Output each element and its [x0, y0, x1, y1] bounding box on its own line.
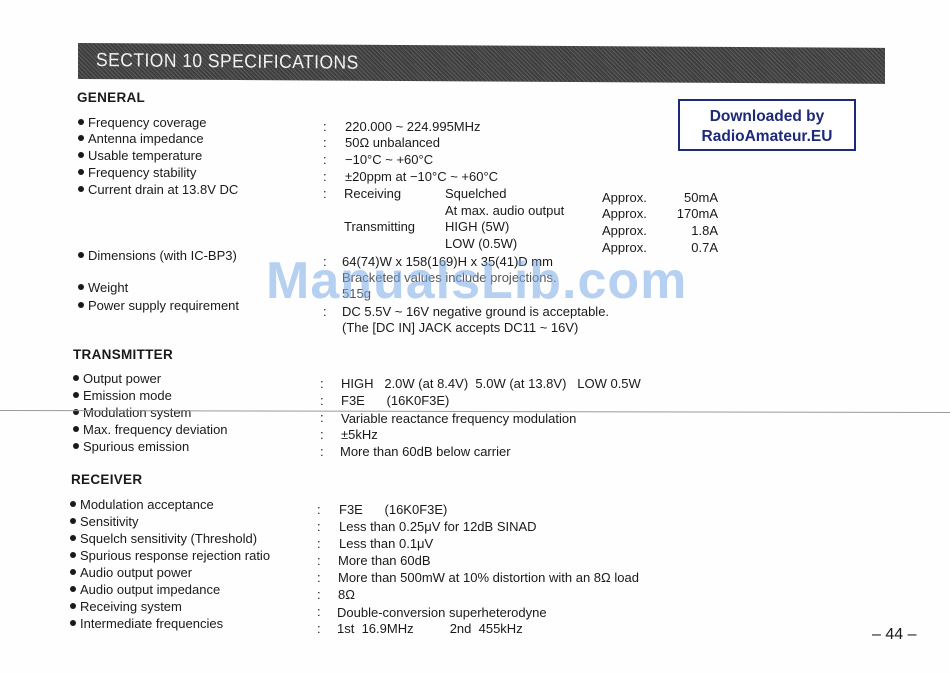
colon: : — [323, 119, 327, 134]
page-number: – 44 – — [872, 626, 916, 644]
spec-label: Usable temperature — [78, 148, 202, 163]
spec-value: 220.000 ~ 224.995MHz — [345, 119, 481, 134]
bullet-icon — [78, 152, 84, 158]
current-value: 50mA — [684, 190, 718, 205]
spec-label: Spurious response rejection ratio — [70, 548, 270, 563]
spec-label: Output power — [73, 371, 161, 386]
spec-value: F3E (16K0F3E) — [341, 393, 449, 408]
current-drain-transmitting: Transmitting — [344, 219, 415, 234]
colon: : — [320, 376, 324, 391]
approx-label: Approx. — [602, 240, 647, 255]
spec-label: Sensitivity — [70, 514, 139, 529]
spec-label: Intermediate frequencies — [70, 616, 223, 631]
spec-label: Audio output impedance — [70, 582, 220, 597]
power-note: (The [DC IN] JACK accepts DC11 ~ 16V) — [342, 320, 578, 335]
approx-label: Approx. — [602, 223, 647, 238]
colon: : — [317, 621, 321, 636]
spec-value: 515g — [342, 286, 371, 301]
colon: : — [323, 135, 327, 150]
current-drain-condition: LOW (0.5W) — [445, 236, 517, 251]
bullet-icon — [73, 392, 79, 398]
spec-label: Frequency stability — [78, 165, 196, 180]
current-drain-condition: At max. audio output — [445, 203, 564, 218]
stamp-line-1: Downloaded by — [680, 107, 854, 127]
bullet-icon — [78, 284, 84, 290]
spec-label: Max. frequency deviation — [73, 422, 228, 437]
spec-value: 64(74)W x 158(169)H x 35(41)D mm — [342, 254, 553, 269]
general-heading: GENERAL — [77, 90, 145, 105]
bullet-icon — [78, 169, 84, 175]
approx-label: Approx. — [602, 190, 647, 205]
bullet-icon — [70, 501, 76, 507]
bullet-icon — [78, 252, 84, 258]
manual-page: SECTION 10 SPECIFICATIONS Downloaded by … — [0, 0, 950, 674]
spec-label: Audio output power — [70, 565, 192, 580]
current-value: 0.7A — [691, 240, 718, 255]
spec-value: Double-conversion superheterodyne — [337, 605, 547, 620]
colon: : — [317, 519, 321, 534]
bullet-icon — [78, 119, 84, 125]
bullet-icon — [73, 443, 79, 449]
spec-value: Less than 0.1μV — [339, 536, 433, 551]
spec-label: Receiving system — [70, 599, 182, 614]
spec-value: 50Ω unbalanced — [345, 135, 440, 150]
bullet-icon — [70, 586, 76, 592]
spec-value: F3E (16K0F3E) — [339, 502, 447, 517]
spec-value: HIGH 2.0W (at 8.4V) 5.0W (at 13.8V) LOW … — [341, 376, 641, 391]
spec-label: Squelch sensitivity (Threshold) — [70, 531, 257, 546]
bullet-icon — [73, 375, 79, 381]
colon: : — [323, 304, 327, 319]
colon: : — [317, 536, 321, 551]
spec-label: Power supply requirement — [78, 298, 239, 313]
spec-label: Modulation acceptance — [70, 497, 214, 512]
spec-label: Antenna impedance — [78, 131, 204, 146]
bullet-icon — [70, 603, 76, 609]
spec-value: −10°C ~ +60°C — [345, 152, 433, 167]
bullet-icon — [70, 552, 76, 558]
colon: : — [320, 427, 324, 442]
colon: : — [320, 444, 324, 459]
spec-label: Dimensions (with IC-BP3) — [78, 248, 237, 263]
current-value: 1.8A — [691, 223, 718, 238]
colon: : — [323, 152, 327, 167]
current-drain-receiving: Receiving — [344, 186, 401, 201]
bullet-icon — [73, 426, 79, 432]
spec-label: Current drain at 13.8V DC — [78, 182, 238, 197]
spec-value: More than 500mW at 10% distortion with a… — [338, 570, 639, 585]
spec-value: 1st 16.9MHz 2nd 455kHz — [337, 621, 523, 636]
current-drain-condition: HIGH (5W) — [445, 219, 509, 234]
colon: : — [317, 570, 321, 585]
spec-label: Modulation system — [73, 405, 191, 420]
spec-label: Frequency coverage — [78, 115, 207, 130]
colon: : — [317, 587, 321, 602]
spec-label: Emission mode — [73, 388, 172, 403]
spec-label: Weight — [78, 280, 128, 295]
section-title: SECTION 10 SPECIFICATIONS — [96, 50, 359, 75]
bullet-icon — [78, 302, 84, 308]
bullet-icon — [70, 535, 76, 541]
current-drain-condition: Squelched — [445, 186, 506, 201]
spec-value: DC 5.5V ~ 16V negative ground is accepta… — [342, 304, 609, 319]
transmitter-heading: TRANSMITTER — [73, 347, 173, 362]
colon: : — [317, 502, 321, 517]
spec-value: Variable reactance frequency modulation — [341, 411, 576, 426]
current-value: 170mA — [677, 206, 718, 221]
colon: : — [317, 604, 321, 619]
receiver-heading: RECEIVER — [71, 472, 142, 487]
spec-label: Spurious emission — [73, 439, 189, 454]
spec-value: Less than 0.25μV for 12dB SINAD — [339, 519, 537, 534]
colon: : — [317, 553, 321, 568]
colon: : — [323, 254, 327, 269]
dimensions-note: Bracketed values include projections. — [342, 270, 557, 285]
spec-value: ±20ppm at −10°C ~ +60°C — [345, 169, 498, 184]
bullet-icon — [70, 518, 76, 524]
colon: : — [323, 169, 327, 184]
bullet-icon — [70, 620, 76, 626]
spec-value: More than 60dB — [338, 553, 431, 568]
bullet-icon — [78, 135, 84, 141]
stamp-line-2: RadioAmateur.EU — [680, 127, 854, 147]
spec-value: ±5kHz — [341, 427, 378, 442]
approx-label: Approx. — [602, 206, 647, 221]
bullet-icon — [70, 569, 76, 575]
spec-value: More than 60dB below carrier — [340, 444, 511, 459]
bullet-icon — [78, 186, 84, 192]
download-stamp: Downloaded by RadioAmateur.EU — [678, 99, 856, 151]
colon: : — [320, 393, 324, 408]
colon: : — [320, 410, 324, 425]
spec-value: 8Ω — [338, 587, 355, 602]
colon: : — [323, 186, 327, 201]
